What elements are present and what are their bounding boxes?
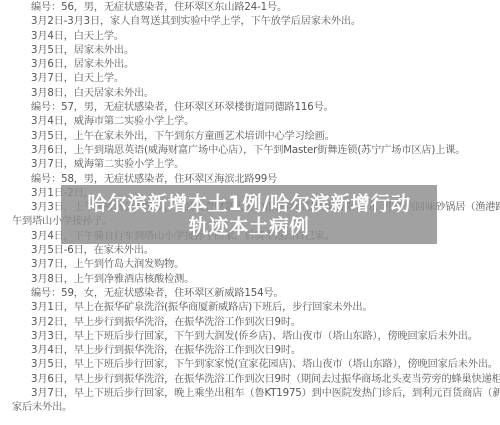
case-entry: 3月8日，上午到净雅酒店核酸检测。 <box>0 273 500 287</box>
case-entry: 3月5日-6日，在家未外出。 <box>0 244 500 258</box>
case-header: 编号：59，女，无症状感染者，住环翠区新威路154号。 <box>0 287 500 301</box>
case-entry: 3月7日，早上下班后步行回家，晚上乘坐出租车（鲁KT1975）到中医院发热门诊后… <box>0 387 500 401</box>
case-entry: 3月7日，威海第二实验小学上学。 <box>0 158 500 172</box>
case-entry: 3月4日，白天上学。 <box>0 30 500 44</box>
case-entry: 3月1日，早上在振华矿泉洗浴(振华商厦新威路店)下班后，步行回家未外出。 <box>0 301 500 315</box>
case-entry: 3月2日，早上步行到振华洗浴，在振华洗浴工作到次日9时。 <box>0 316 500 330</box>
case-entry: 3月4日，早上步行到振华洗浴，在振华洗浴工作到次日9时。 <box>0 344 500 358</box>
case-entry: 3月5日，上午在家未外出，下午到东方童画艺术培训中心学习绘画。 <box>0 130 500 144</box>
case-entry: 3月7日，白天上学。 <box>0 72 500 86</box>
case-entry: 3月7日，上午到竹岛大润发购物。 <box>0 258 500 272</box>
case-entry: 3月3日，早上下班后步行回家，下午到大润发(侨乡店)、塔山夜市（塔山东路），傍晚… <box>0 330 500 344</box>
case-header: 编号：56，男，无症状感染者，住环翠区东山路24-1号。 <box>0 1 500 15</box>
case-entry: 3月6日，居家未外出。 <box>0 58 500 72</box>
overlay-title-line2: 轨迹本土病例 <box>189 215 310 238</box>
title-overlay-banner: 哈尔滨新增本土1例/哈尔滨新增行动 轨迹本土病例 <box>61 185 437 244</box>
case-entry: 3月6日，早上步行到振华洗浴，在振华洗浴工作到次日9时（期间去过振华商场北头麦当… <box>0 373 500 387</box>
case-entry: 3月2日-3月3日，家人自驾送其到实验中学上学，下午放学后居家未外出。 <box>0 15 500 29</box>
case-header: 编号：57，男，无症状感染者，住环翠区环翠楼街道同德路116号。 <box>0 101 500 115</box>
case-entry: 3月8日，白天居家未外出。 <box>0 87 500 101</box>
case-entry: 3月5日，居家未外出。 <box>0 44 500 58</box>
case-entry: 3月5日，早上下班后步行回家，下午到家家悦(宜家花园店)、塔山夜市（塔山东路），… <box>0 358 500 372</box>
case-entry: 3月4日，威海市第二实验小学上学。 <box>0 115 500 129</box>
case-entry-continuation: 家后未外出。 <box>0 401 500 415</box>
overlay-title-line1: 哈尔滨新增本土1例/哈尔滨新增行动 <box>87 192 410 215</box>
case-entry: 3月6日，上午到瑞思英语(威海财富广场中心店），下午到Master街舞连锁(苏宁… <box>0 144 500 158</box>
